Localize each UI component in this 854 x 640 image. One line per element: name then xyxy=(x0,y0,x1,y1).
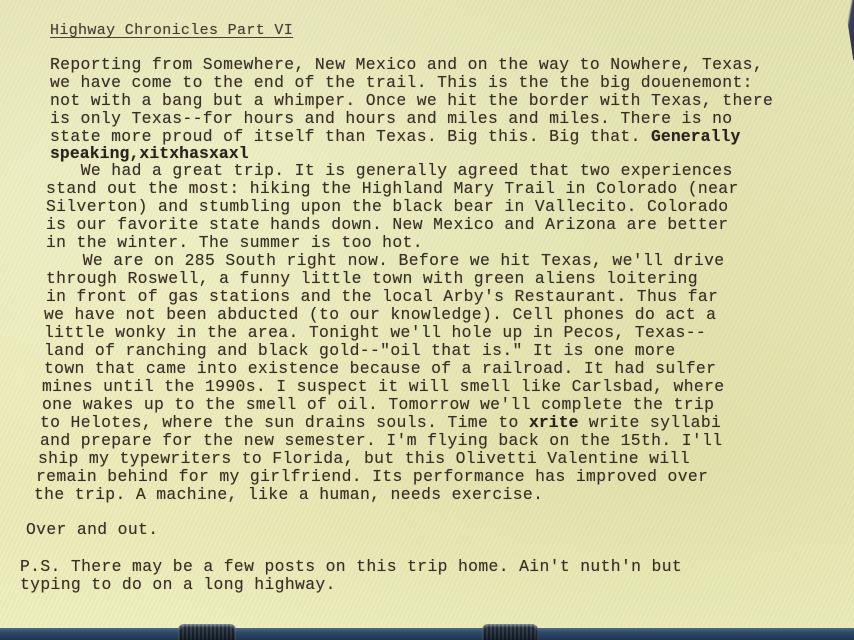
sign-off: Over and out. xyxy=(26,521,158,539)
text-line: to Helotes, where the sun drains souls. … xyxy=(40,414,721,432)
text-line: Reporting from Somewhere, New Mexico and… xyxy=(50,56,763,74)
postscript-line: typing to do on a long highway. xyxy=(20,576,336,594)
postscript-line: P.S. There may be a few posts on this tr… xyxy=(20,558,682,576)
text-line: We had a great trip. It is generally agr… xyxy=(40,162,733,180)
text-line: We are on 285 South right now. Before we… xyxy=(42,252,724,270)
text-line: remain behind for my girlfriend. Its per… xyxy=(36,468,708,486)
text-line: little wonky in the area. Tonight we'll … xyxy=(44,324,706,342)
text-line: not with a bang but a whimper. Once we h… xyxy=(50,92,773,110)
text-line: stand out the most: hiking the Highland … xyxy=(46,180,739,198)
text-line: land of ranching and black gold--"oil th… xyxy=(44,342,676,360)
struck-out-word: xrite xyxy=(529,413,579,432)
text-line: Silverton) and stumbling upon the black … xyxy=(46,198,728,216)
typewriter-paper-bail-bar xyxy=(0,628,854,640)
text-line: mines until the 1990s. I suspect it will… xyxy=(42,378,724,396)
text-line: one wakes up to the smell of oil. Tomorr… xyxy=(42,396,714,414)
text-line: the trip. A machine, like a human, needs… xyxy=(34,486,543,504)
text-line: through Roswell, a funny little town wit… xyxy=(46,270,698,288)
struck-out-word: Generally xyxy=(651,127,740,146)
paper-bail-roller-right xyxy=(482,624,538,640)
text-line: in front of gas stations and the local A… xyxy=(46,288,718,306)
text-line: we have come to the end of the trail. Th… xyxy=(50,74,753,92)
paper-bail-roller-left xyxy=(178,624,236,640)
text-segment: to Helotes, where the sun drains souls. … xyxy=(40,413,529,432)
text-line: in the winter. The summer is too hot. xyxy=(46,234,423,252)
text-line: is our favorite state hands down. New Me… xyxy=(46,216,728,234)
text-line: is only Texas--for hours and hours and m… xyxy=(50,110,732,128)
text-line: and prepare for the new semester. I'm fl… xyxy=(40,432,722,450)
text-line: ship my typewriters to Florida, but this… xyxy=(38,450,690,468)
text-segment: write syllabi xyxy=(579,413,722,432)
document-title: Highway Chronicles Part VI xyxy=(50,22,293,40)
text-line: we have not been abducted (to our knowle… xyxy=(44,306,716,324)
text-line: town that came into existence because of… xyxy=(44,360,716,378)
